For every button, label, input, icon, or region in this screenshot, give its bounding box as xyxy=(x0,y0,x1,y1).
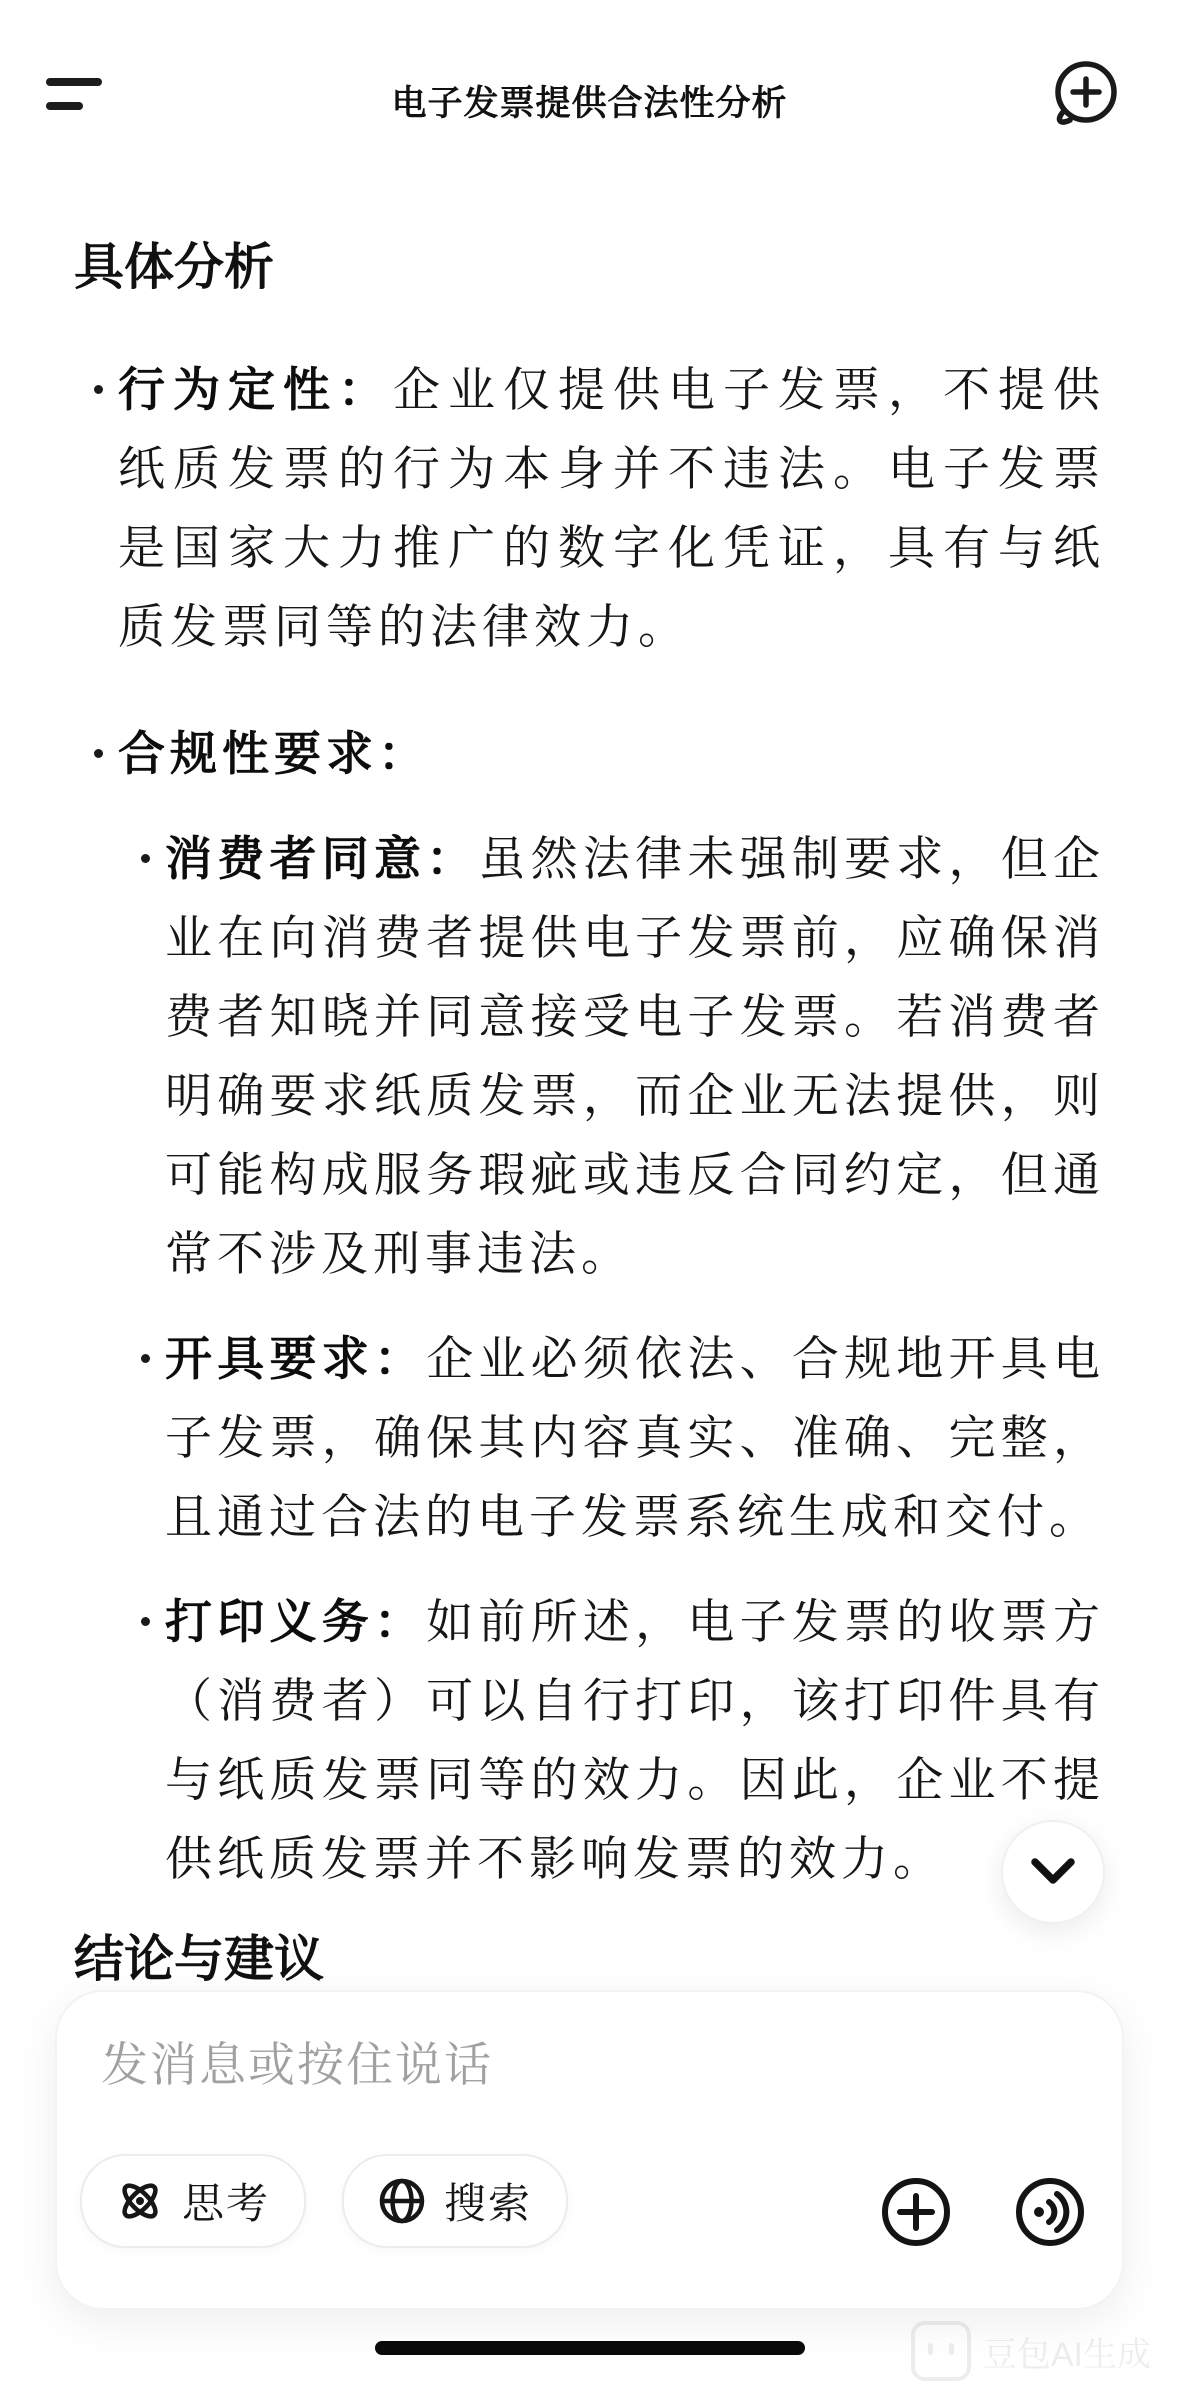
bullet-dot-icon xyxy=(141,1617,150,1626)
page-title: 电子发票提供合法性分析 xyxy=(0,76,1179,126)
new-chat-icon[interactable] xyxy=(1047,58,1123,134)
think-label: 思考 xyxy=(182,2171,270,2231)
composer-actions xyxy=(880,2176,1086,2248)
section-heading: 具体分析 xyxy=(74,236,1105,298)
bullet-dot-icon xyxy=(141,1354,150,1363)
search-label: 搜索 xyxy=(444,2171,532,2231)
top-bar: 电子发票提供合法性分析 xyxy=(0,0,1179,150)
bullet-dot-icon xyxy=(94,385,103,394)
chevron-down-icon xyxy=(1031,1858,1075,1886)
assistant-message: 具体分析 行为定性：企业仅提供电子发票，不提供纸质发票的行为本身并不违法。电子发… xyxy=(0,236,1179,1990)
search-toggle-button[interactable]: 搜索 xyxy=(342,2154,568,2248)
home-indicator[interactable] xyxy=(375,2341,805,2355)
bullet-item: 开具要求：企业必须依法、合规地开具电子发票，确保其内容真实、准确、完整，且通过合… xyxy=(74,1319,1105,1556)
bullet-label: 开具要求： xyxy=(165,1332,426,1385)
bullet-label: 行为定性： xyxy=(118,363,393,416)
bullet-dot-icon xyxy=(141,854,150,863)
bullet-list: 行为定性：企业仅提供电子发票，不提供纸质发票的行为本身并不违法。电子发票是国家大… xyxy=(74,350,1105,1898)
composer-pills: 思考 搜索 xyxy=(80,2154,568,2248)
bullet-label: 打印义务： xyxy=(165,1595,426,1648)
atom-icon xyxy=(116,2177,164,2225)
globe-icon xyxy=(378,2177,426,2225)
add-attachment-button[interactable] xyxy=(880,2176,952,2248)
composer-card: 思考 搜索 xyxy=(55,1990,1124,2310)
bullet-item: 行为定性：企业仅提供电子发票，不提供纸质发票的行为本身并不违法。电子发票是国家大… xyxy=(74,350,1105,666)
bullet-dot-icon xyxy=(94,749,103,758)
next-section-heading-clipped: 结论与建议 xyxy=(74,1928,1105,1990)
think-toggle-button[interactable]: 思考 xyxy=(80,2154,306,2248)
bullet-item: 消费者同意：虽然法律未强制要求，但企业在向消费者提供电子发票前，应确保消费者知晓… xyxy=(74,819,1105,1293)
voice-mode-button[interactable] xyxy=(1014,2176,1086,2248)
ai-watermark: 豆包AI生成 xyxy=(911,2321,1151,2381)
message-input[interactable] xyxy=(99,2028,1080,2100)
bullet-label: 消费者同意： xyxy=(165,832,478,885)
bullet-text: 虽然法律未强制要求，但企业在向消费者提供电子发票前，应确保消费者知晓并同意接受电… xyxy=(165,832,1105,1280)
bullet-item: 打印义务：如前所述，电子发票的收票方（消费者）可以自行打印，该打印件具有与纸质发… xyxy=(74,1582,1105,1898)
watermark-text: 豆包AI生成 xyxy=(983,2327,1151,2376)
doubao-logo-icon xyxy=(911,2321,971,2381)
scroll-to-bottom-button[interactable] xyxy=(1001,1820,1105,1924)
bullet-label: 合规性要求： xyxy=(118,727,430,780)
chat-screen: 电子发票提供合法性分析 具体分析 行为定性：企业仅提供电子发票，不提供纸质发票的… xyxy=(0,0,1179,2395)
bullet-item: 合规性要求： xyxy=(74,714,1105,793)
